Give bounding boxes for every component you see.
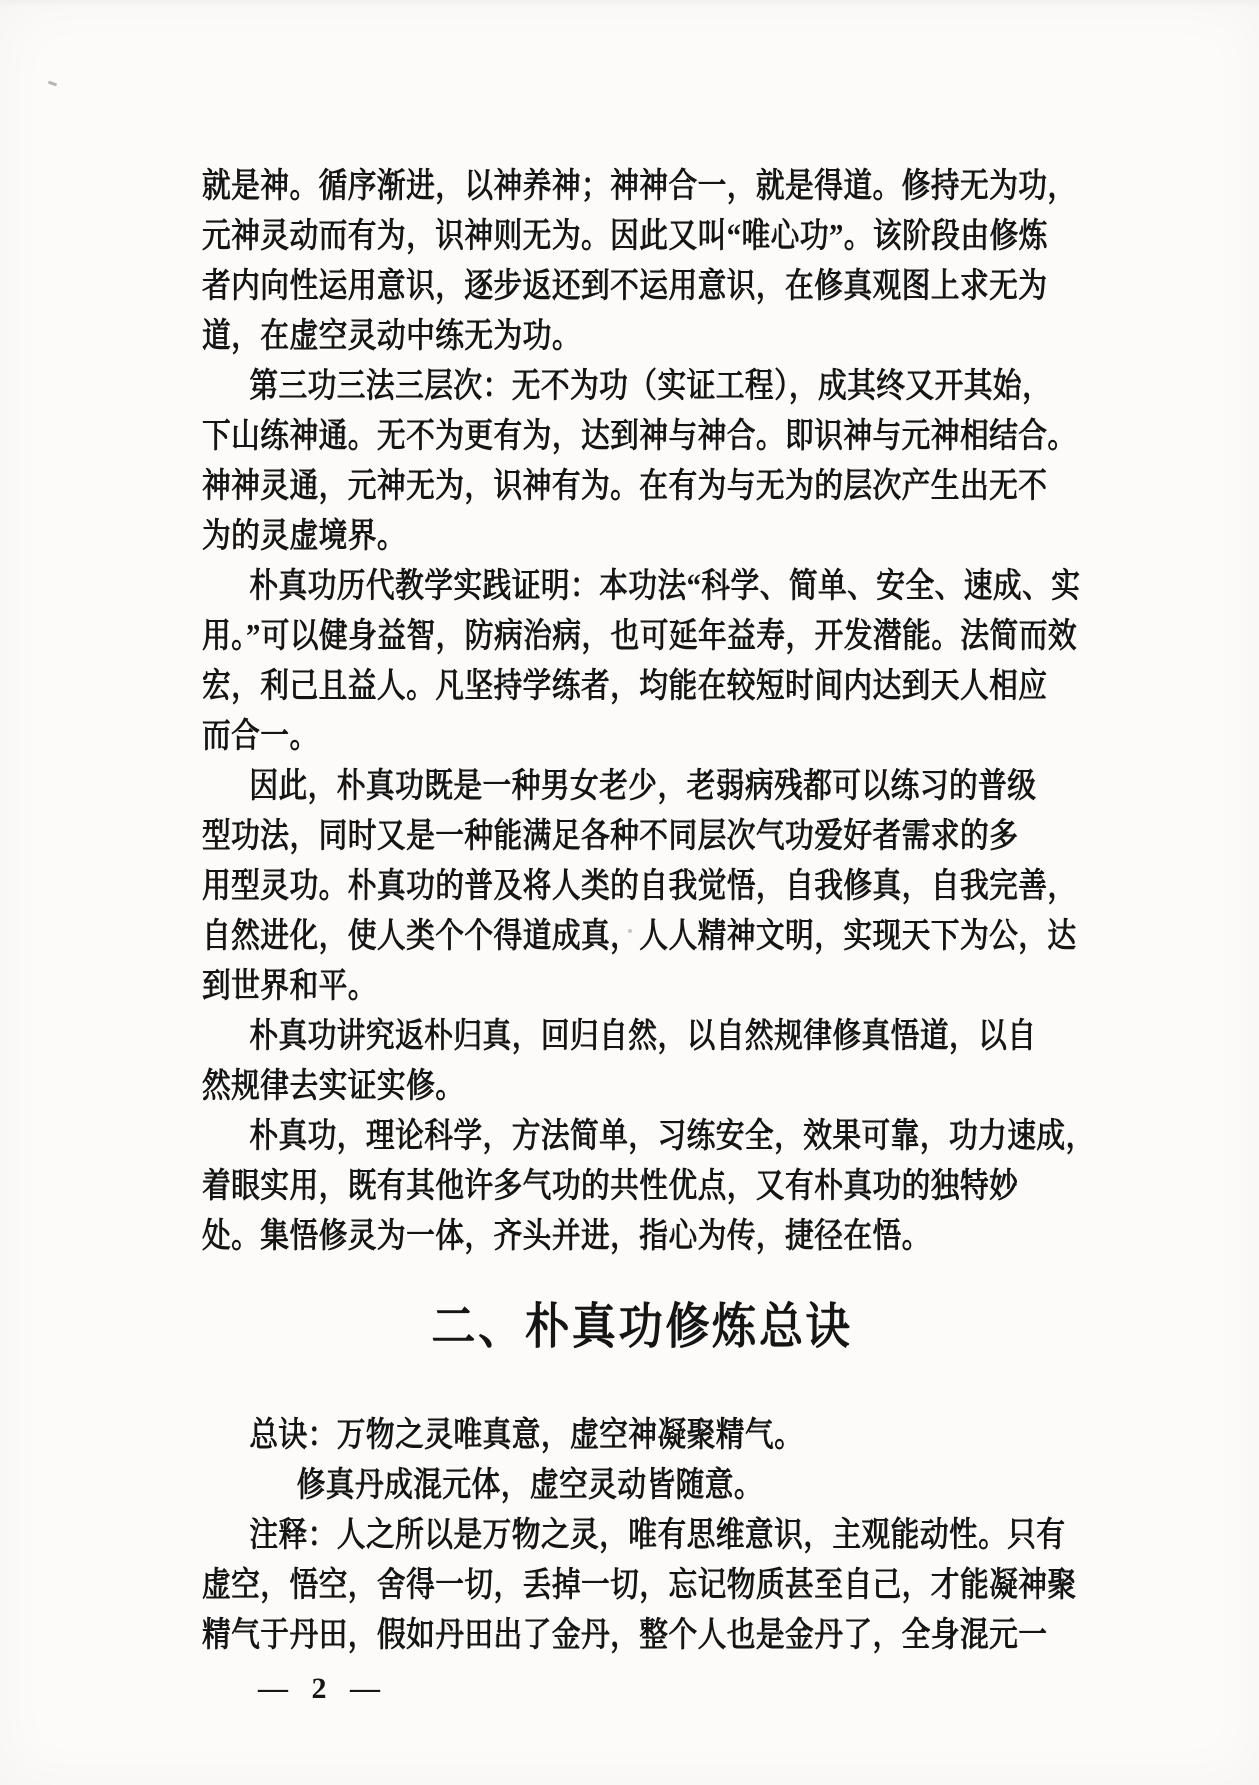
text-line: 用型灵功。朴真功的普及将人类的自我觉悟，自我修真，自我完善， bbox=[202, 862, 946, 912]
text-line: 朴真功，理论科学，方法简单，习练安全，效果可靠，功力速成， bbox=[202, 1112, 946, 1162]
scan-speck bbox=[48, 81, 57, 87]
text-line: 然规律去实证实修。 bbox=[202, 1062, 946, 1112]
text-line: 神神灵通，元神无为，识神有为。在有为与无为的层次产生出无不 bbox=[202, 462, 946, 512]
text-line: 朴真功讲究返朴归真，回归自然，以自然规律修真悟道，以自 bbox=[202, 1012, 946, 1062]
text-line: 因此，朴真功既是一种男女老少，老弱病残都可以练习的普级 bbox=[202, 762, 946, 812]
text-line: 自然进化，使人类个个得道成真，人人精神文明，实现天下为公，达 bbox=[202, 912, 946, 962]
text-line: 修真丹成混元体，虚空灵动皆随意。 bbox=[202, 1461, 946, 1511]
text-line: 型功法，同时又是一种能满足各种不同层次气功爱好者需求的多 bbox=[202, 812, 946, 862]
text-line: 用。”可以健身益智，防病治病，也可延年益寿，开发潜能。法简而效 bbox=[202, 612, 946, 662]
text-line: 注释：人之所以是万物之灵，唯有思维意识，主观能动性。只有 bbox=[202, 1511, 946, 1561]
text-line: 元神灵动而有为，识神则无为。因此又叫“唯心功”。该阶段由修炼 bbox=[202, 212, 946, 262]
text-line: 为的灵虚境界。 bbox=[202, 512, 946, 562]
text-line: 而合一。 bbox=[202, 712, 946, 762]
section-heading: 二、朴真功修炼总诀 bbox=[246, 1298, 1038, 1356]
text-line: 精气于丹田，假如丹田出了金丹，整个人也是金丹了，全身混元一 bbox=[202, 1611, 946, 1661]
text-line: 虚空，悟空，舍得一切，丢掉一切，忘记物质甚至自己，才能凝神聚 bbox=[202, 1561, 946, 1611]
text-line: 下山练神通。无不为更有为，达到神与神合。即识神与元神相结合。 bbox=[202, 412, 946, 462]
text-line: 道，在虚空灵动中练无为功。 bbox=[202, 312, 946, 362]
scan-edge-shade bbox=[0, 0, 1259, 8]
text-line: 就是神。循序渐进，以神养神；神神合一，就是得道。修持无为功， bbox=[202, 162, 946, 212]
scanned-book-page: 就是神。循序渐进，以神养神；神神合一，就是得道。修持无为功，元神灵动而有为，识神… bbox=[0, 0, 1259, 1785]
text-line: 第三功三法三层次：无不为功（实证工程），成其终又开其始， bbox=[202, 362, 946, 412]
text-line: 宏，利己且益人。凡坚持学练者，均能在较短时间内达到天人相应 bbox=[202, 662, 946, 712]
text-line: 处。集悟修灵为一体，齐头并进，指心为传，捷径在悟。 bbox=[202, 1212, 946, 1262]
text-line: 到世界和平。 bbox=[202, 962, 946, 1012]
text-line: 总诀：万物之灵唯真意，虚空神凝聚精气。 bbox=[202, 1411, 946, 1461]
text-line: 着眼实用，既有其他许多气功的共性优点，又有朴真功的独特妙 bbox=[202, 1162, 946, 1212]
text-line: 朴真功历代教学实践证明：本功法“科学、简单、安全、速成、实 bbox=[202, 562, 946, 612]
text-block: 就是神。循序渐进，以神养神；神神合一，就是得道。修持无为功，元神灵动而有为，识神… bbox=[202, 162, 1082, 1661]
page-number: — 2 — bbox=[258, 1672, 388, 1706]
text-line: 者内向性运用意识，逐步返还到不运用意识，在修真观图上求无为 bbox=[202, 262, 946, 312]
